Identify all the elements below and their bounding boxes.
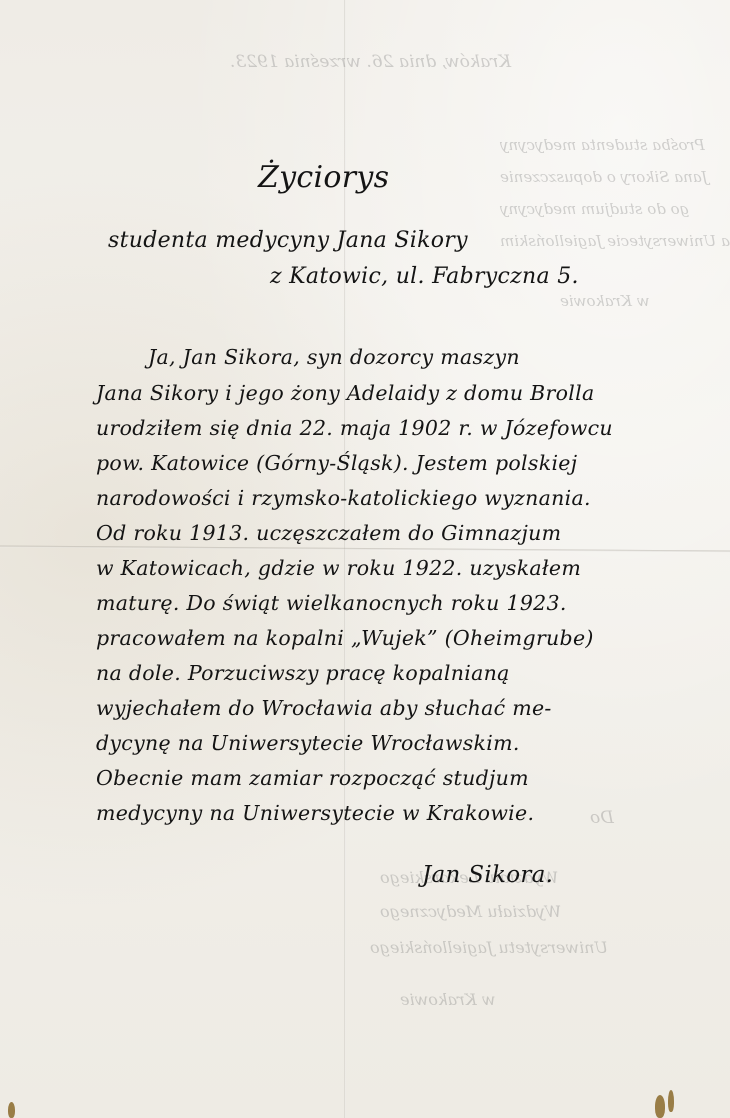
body-line: Od roku 1913. uczęszczałem do Gimnazjum: [96, 521, 561, 545]
body-line: Obecnie mam zamiar rozpocząć studjum: [96, 766, 529, 790]
body-line: pracowałem na kopalni „Wujek” (Oheimgrub…: [96, 626, 594, 650]
bleed-through-petition-line: na Uniwersytecie Jagiellońskim: [500, 232, 730, 250]
body-line: wyjechałem do Wrocławia aby słuchać me-: [96, 696, 552, 720]
bleed-through-date: Kraków, dnia 26. września 1923.: [230, 52, 511, 72]
subtitle-line-2: z Katowic, ul. Fabryczna 5.: [270, 264, 579, 289]
ink-stain: [8, 1102, 15, 1118]
body-line: w Katowicach, gdzie w roku 1922. uzyskał…: [96, 556, 581, 580]
bleed-through-petition-line: Prośba studenta medycyny: [500, 136, 705, 154]
subtitle-line-1: studenta medycyny Jana Sikory: [108, 228, 468, 253]
bleed-through-address-line: Do: [590, 808, 614, 828]
bleed-through-petition-line: Jana Sikory o dopuszczenie: [500, 168, 708, 186]
ink-stain: [668, 1090, 674, 1112]
bleed-through-petition-line: w Krakowie: [560, 292, 650, 310]
signature: Jan Sikora.: [422, 862, 553, 888]
body-line: dycynę na Uniwersytecie Wrocławskim.: [96, 731, 520, 755]
body-line: narodowości i rzymsko-katolickiego wyzna…: [96, 486, 591, 510]
bleed-through-petition-line: go do studjum medycyny: [500, 200, 689, 218]
body-line: urodziłem się dnia 22. maja 1902 r. w Jó…: [96, 416, 613, 440]
body-line: maturę. Do świąt wielkanocnych roku 1923…: [96, 591, 567, 615]
body-line: medycyny na Uniwersytecie w Krakowie.: [96, 801, 534, 825]
body-line: Ja, Jan Sikora, syn dozorcy maszyn: [148, 345, 520, 369]
body-line: na dole. Porzuciwszy pracę kopalnianą: [96, 661, 510, 685]
body-line: Jana Sikory i jego żony Adelaidy z domu …: [96, 381, 595, 405]
body-line: pow. Katowice (Górny-Śląsk). Jestem pols…: [96, 451, 577, 475]
document-title: Życiorys: [258, 160, 389, 195]
bleed-through-address-line: Wydziału Medycznego: [380, 902, 561, 921]
ink-stain: [655, 1095, 665, 1118]
bleed-through-address-line: Uniwersytetu Jagiellońskiego: [370, 938, 608, 957]
bleed-through-address-line: w Krakowie: [400, 990, 496, 1009]
